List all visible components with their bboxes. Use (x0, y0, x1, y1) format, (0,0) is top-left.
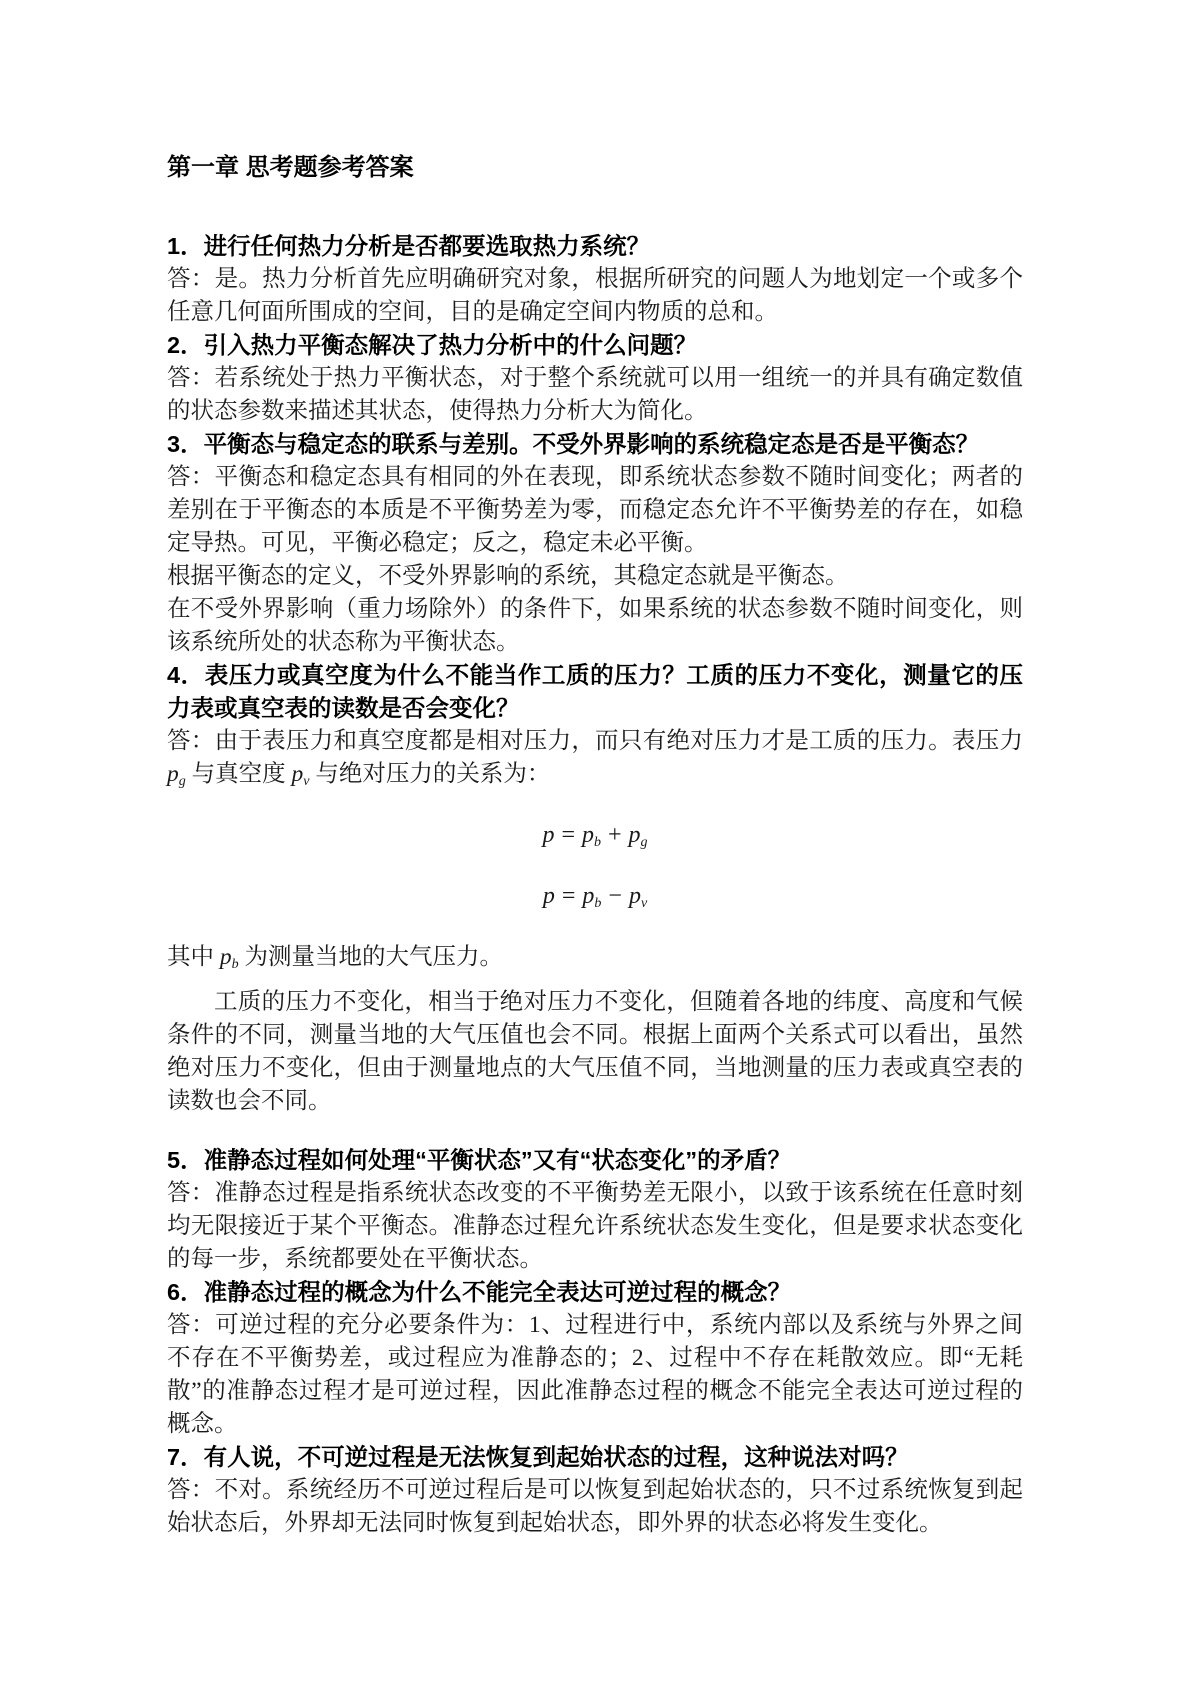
section-3: 3．平衡态与稳定态的联系与差别。不受外界影响的系统稳定态是否是平衡态？ 答：平衡… (167, 428, 1023, 659)
answer-7-paragraph: 答：不对。系统经历不可逆过程后是可以恢复到起始状态的，只不过系统恢复到起始状态后… (167, 1474, 1023, 1540)
math-var-p: p (543, 883, 555, 909)
answer-4-intro-text-3: 与绝对压力的关系为： (309, 761, 550, 787)
answer-5-paragraph: 答：准静态过程是指系统状态改变的不平衡势差无限小，以致于该系统在任意时刻均无限接… (167, 1177, 1023, 1276)
answer-4-where-line: 其中 pb 为测量当地的大气压力。 (167, 941, 1023, 974)
equals-sign: = (561, 822, 575, 848)
answer-3-paragraph-3: 在不受外界影响（重力场除外）的条件下，如果系统的状态参数不随时间变化，则该系统所… (167, 593, 1023, 659)
question-1-text: 1．进行任何热力分析是否都要选取热力系统？ (167, 230, 1023, 263)
answer-4-paragraph: 工质的压力不变化，相当于绝对压力不变化，但随着各地的纬度、高度和气候条件的不同，… (167, 986, 1023, 1118)
minus-sign: − (608, 883, 622, 909)
document-title: 第一章 思考题参考答案 (167, 150, 1023, 186)
section-2: 2．引入热力平衡态解决了热力分析中的什么问题？ 答：若系统处于热力平衡状态，对于… (167, 329, 1023, 428)
answer-2-paragraph: 答：若系统处于热力平衡状态，对于整个系统就可以用一组统一的并具有确定数值的状态参… (167, 362, 1023, 428)
math-var-pg: pg (629, 822, 648, 848)
math-var-pb: pb (582, 822, 601, 848)
math-var-pv: pv (629, 883, 647, 909)
question-7-text: 7．有人说，不可逆过程是无法恢复到起始状态的过程，这种说法对吗？ (167, 1441, 1023, 1474)
section-1: 1．进行任何热力分析是否都要选取热力系统？ 答：是。热力分析首先应明确研究对象，… (167, 230, 1023, 329)
where-text-1: 其中 (167, 944, 220, 970)
section-5: 5．准静态过程如何处理“平衡状态”又有“状态变化”的矛盾？ 答：准静态过程是指系… (167, 1144, 1023, 1276)
answer-1-paragraph: 答：是。热力分析首先应明确研究对象，根据所研究的问题人为地划定一个或多个任意几何… (167, 263, 1023, 329)
answer-4-intro-text-1: 答：由于表压力和真空度都是相对压力，而只有绝对压力才是工质的压力。表压力 (167, 728, 1023, 754)
answer-4-intro-text-2: 与真空度 (186, 761, 292, 787)
plus-sign: + (608, 822, 622, 848)
math-var-pv: pv (292, 761, 310, 787)
document-page: 第一章 思考题参考答案 1．进行任何热力分析是否都要选取热力系统？ 答：是。热力… (0, 0, 1190, 1683)
math-var-pg: pg (167, 761, 186, 787)
question-2-text: 2．引入热力平衡态解决了热力分析中的什么问题？ (167, 329, 1023, 362)
equals-sign: = (562, 883, 576, 909)
where-text-2: 为测量当地的大气压力。 (239, 944, 503, 970)
math-var-pb: pb (582, 883, 601, 909)
math-var-p: p (542, 822, 554, 848)
question-5-text: 5．准静态过程如何处理“平衡状态”又有“状态变化”的矛盾？ (167, 1144, 1023, 1177)
section-4: 4．表压力或真空度为什么不能当作工质的压力？工质的压力不变化，测量它的压力表或真… (167, 659, 1023, 1118)
answer-3-paragraph-2: 根据平衡态的定义，不受外界影响的系统，其稳定态就是平衡态。 (167, 560, 1023, 593)
formula-vacuum-pressure: p=pb−pv (167, 880, 1023, 913)
section-6: 6．准静态过程的概念为什么不能完全表达可逆过程的概念？ 答：可逆过程的充分必要条… (167, 1276, 1023, 1441)
answer-3-paragraph-1: 答：平衡态和稳定态具有相同的外在表现，即系统状态参数不随时间变化；两者的差别在于… (167, 461, 1023, 560)
formula-gauge-pressure: p=pb+pg (167, 819, 1023, 852)
question-6-text: 6．准静态过程的概念为什么不能完全表达可逆过程的概念？ (167, 1276, 1023, 1309)
math-var-pb: pb (220, 944, 239, 970)
question-4-text: 4．表压力或真空度为什么不能当作工质的压力？工质的压力不变化，测量它的压力表或真… (167, 659, 1023, 725)
answer-6-paragraph: 答：可逆过程的充分必要条件为：1、过程进行中，系统内部以及系统与外界之间不存在不… (167, 1309, 1023, 1441)
section-7: 7．有人说，不可逆过程是无法恢复到起始状态的过程，这种说法对吗？ 答：不对。系统… (167, 1441, 1023, 1540)
answer-4-intro: 答：由于表压力和真空度都是相对压力，而只有绝对压力才是工质的压力。表压力 pg … (167, 725, 1023, 791)
question-3-text: 3．平衡态与稳定态的联系与差别。不受外界影响的系统稳定态是否是平衡态？ (167, 428, 1023, 461)
